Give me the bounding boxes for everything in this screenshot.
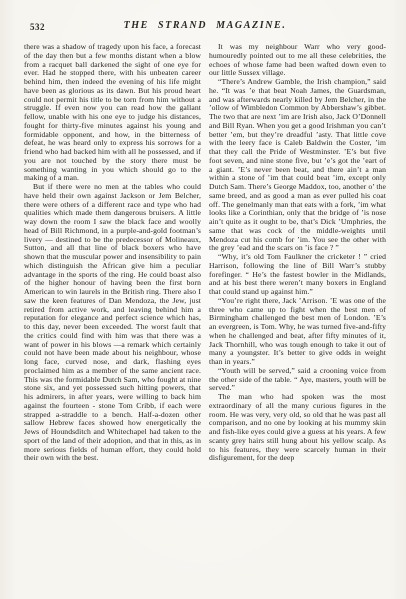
left-column: there was a shadow of tragedy upon his f… xyxy=(24,43,201,463)
page-header: 532 THE STRAND MAGAZINE. xyxy=(25,20,385,34)
paragraph: It was my neighbour Warr who very good-h… xyxy=(209,43,386,78)
right-column: It was my neighbour Warr who very good-h… xyxy=(209,43,386,463)
paragraph: there was a shadow of tragedy upon his f… xyxy=(24,43,201,183)
page-title: THE STRAND MAGAZINE. xyxy=(25,20,385,31)
magazine-page: 532 THE STRAND MAGAZINE. there was a sha… xyxy=(0,0,406,599)
text-columns: there was a shadow of tragedy upon his f… xyxy=(24,43,386,463)
paragraph: “Youth will be served,” said a crooning … xyxy=(209,367,386,393)
page-number: 532 xyxy=(30,22,45,32)
paragraph: “Why, it’s old Tom Faulkner the crickete… xyxy=(209,253,386,297)
paragraph: The man who had spoken was the most extr… xyxy=(209,393,386,463)
paragraph: But if there were no men at the tables w… xyxy=(24,183,201,463)
paragraph: “You’re right there, Jack ’Arrison. ’E w… xyxy=(209,297,386,367)
paragraph: “There’s Andrew Gamble, the Irish champi… xyxy=(209,78,386,253)
